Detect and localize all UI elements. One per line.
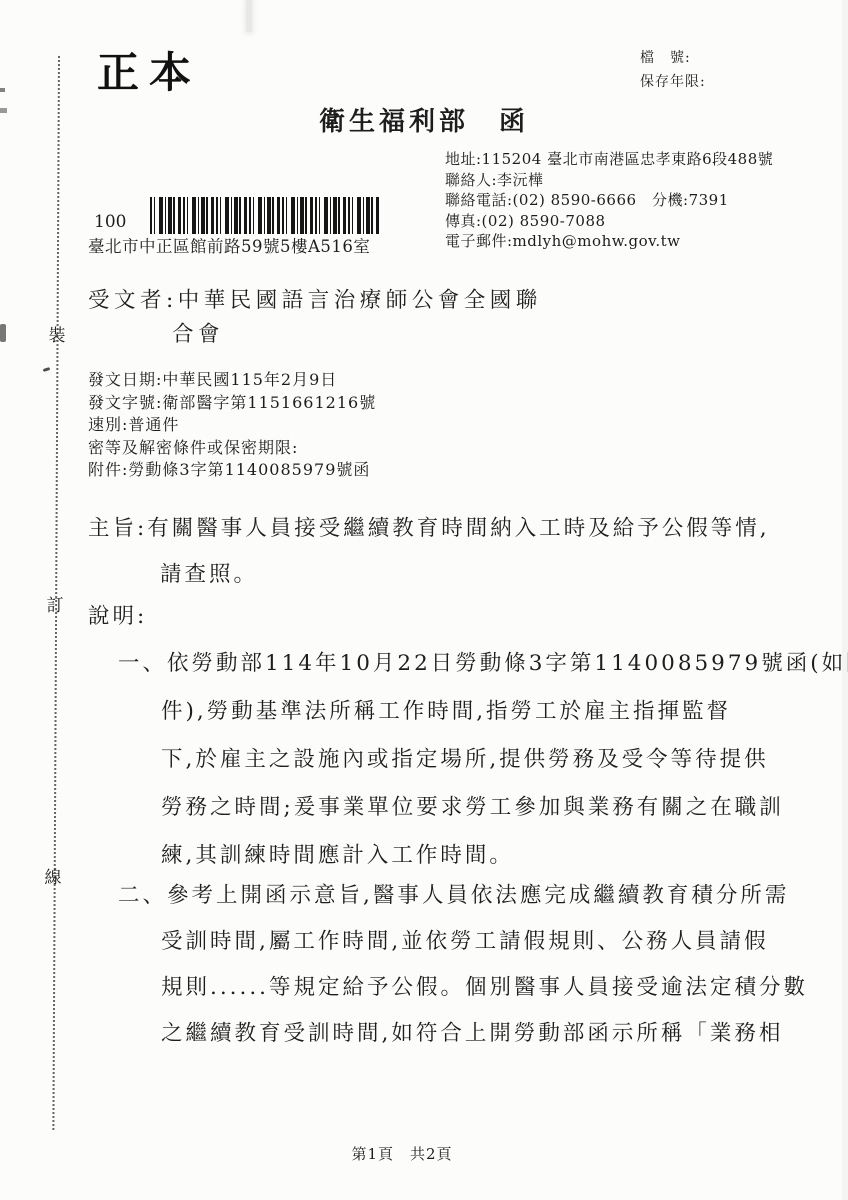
scan-artifact <box>0 88 5 92</box>
text-line: 二、參考上開函示意旨,醫事人員依法應完成繼續教育積分所需 <box>161 873 808 919</box>
text-line: 規則......等規定給予公假。個別醫事人員接受逾法定積分數 <box>161 965 808 1011</box>
binding-label-ding: 訂 <box>47 591 64 616</box>
addressee-line-continued: 合會 <box>172 317 224 348</box>
text-line: 附件:勞動條3字第1140085979號函 <box>88 459 376 482</box>
letter-title: 衛生福利部 函 <box>0 101 848 138</box>
retention-period-label: 保存年限: <box>640 70 706 94</box>
text-line: 勞務之時間;爰事業單位要求勞工參加與業務有關之在職訓 <box>161 784 848 832</box>
binding-label-xian: 線 <box>45 863 62 888</box>
page-number-footer: 第1頁 共2頁 <box>0 1143 804 1164</box>
addressee-line: 受文者:中華民國語言治療師公會全國聯 <box>88 283 542 314</box>
text-line: 聯絡電話:(02) 8590-6666 分機:7391 <box>445 190 773 211</box>
recipient-postal-code: 100 <box>94 212 126 232</box>
explanation-item-1: 一、依勞動部114年10月22日勞動條3字第1140085979號函(如附件),… <box>161 640 848 880</box>
text-line: 件),勞動基準法所稱工作時間,指勞工於雇主指揮監督 <box>161 688 848 736</box>
file-number-label: 檔 號: <box>640 46 706 70</box>
text-line: 密等及解密條件或保密期限: <box>88 437 376 460</box>
text-line: 地址:115204 臺北市南港區忠孝東路6段488號 <box>445 149 773 170</box>
sender-contact-block: 地址:115204 臺北市南港區忠孝東路6段488號聯絡人:李沅樺聯絡電話:(0… <box>445 149 773 252</box>
text-line: 一、依勞動部114年10月22日勞動條3字第1140085979號函(如附 <box>161 640 848 688</box>
text-line: 聯絡人:李沅樺 <box>445 170 773 191</box>
text-line: 受訓時間,屬工作時間,並依勞工請假規則、公務人員請假 <box>161 919 808 965</box>
scanned-letter-page: 裝 訂 線 正本 檔 號: 保存年限: 衛生福利部 函 地址:115204 臺北… <box>0 0 848 1200</box>
document-meta-block: 發文日期:中華民國115年2月9日發文字號:衛部醫字第1151661216號速別… <box>88 369 376 482</box>
text-line: 傳真:(02) 8590-7088 <box>445 211 773 232</box>
subject-line-continued: 請查照。 <box>160 557 258 588</box>
scan-artifact <box>246 0 252 32</box>
original-copy-stamp: 正本 <box>97 40 201 100</box>
text-line: 發文字號:衛部醫字第1151661216號 <box>88 392 376 415</box>
file-number-block: 檔 號: 保存年限: <box>640 46 706 94</box>
binding-tick-mark <box>43 367 51 372</box>
explanation-heading: 說明: <box>88 599 147 630</box>
text-line: 發文日期:中華民國115年2月9日 <box>88 369 376 392</box>
text-line: 之繼續教育受訓時間,如符合上開勞動部函示所稱「業務相 <box>161 1011 808 1057</box>
text-line: 速別:普通件 <box>88 414 376 437</box>
barcode <box>150 197 380 234</box>
text-line: 下,於雇主之設施內或指定場所,提供勞務及受令等待提供 <box>161 736 848 784</box>
binding-label-zhuang: 裝 <box>49 321 66 346</box>
explanation-item-2: 二、參考上開函示意旨,醫事人員依法應完成繼續教育積分所需受訓時間,屬工作時間,並… <box>161 873 808 1057</box>
scan-artifact <box>842 0 848 1200</box>
scan-artifact <box>0 324 6 342</box>
text-line: 電子郵件:mdlyh@mohw.gov.tw <box>445 231 773 252</box>
recipient-street-address: 臺北市中正區館前路59號5樓A516室 <box>88 233 370 257</box>
subject-line: 主旨:有關醫事人員接受繼續教育時間納入工時及給予公假等情, <box>88 511 770 542</box>
